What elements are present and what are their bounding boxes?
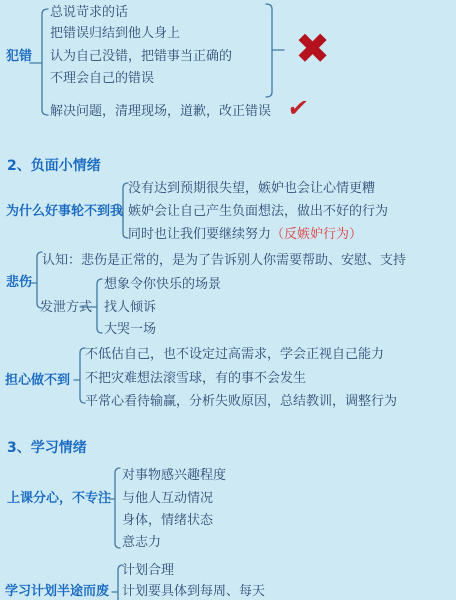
worry-item: 平常心看待输赢，分析失败原因，总结教训，调整行为 xyxy=(85,394,397,410)
mistake-wrong-item: 把错误归结到他人身上 xyxy=(50,26,180,42)
mistake-wrong-item: 不理会自己的错误 xyxy=(50,71,154,87)
vent-item: 想象令你快乐的场景 xyxy=(104,277,221,293)
worry-item: 不把灾难想法滚雪球，有的事不会发生 xyxy=(85,371,306,387)
node-sadness-label: 悲伤 xyxy=(6,275,32,291)
plan-item: 计划合理 xyxy=(122,563,174,579)
vent-item: 找人倾诉 xyxy=(104,300,156,316)
node-mistake-label: 犯错 xyxy=(6,49,32,65)
check-icon: ✔ xyxy=(286,96,309,120)
distract-item: 对事物感兴趣程度 xyxy=(122,468,226,484)
vent-item: 大哭一场 xyxy=(104,322,156,338)
distract-item: 意志力 xyxy=(122,535,161,551)
node-distract-label: 上课分心，不专注 xyxy=(7,491,111,507)
node-worry-label: 担心做不到 xyxy=(5,373,70,389)
worry-item: 不低估自己，也不设定过高需求，学会正视自己能力 xyxy=(85,347,384,363)
brace-worry xyxy=(74,348,85,403)
brace-distract xyxy=(109,468,120,548)
mistake-wrong-item: 总说苛求的话 xyxy=(50,5,128,21)
why-item: 没有达到预期很失望，嫉妒也会让心情更糟 xyxy=(128,181,375,197)
mistake-wrong-item: 认为自己没错，把错事当正确的 xyxy=(50,49,232,65)
brace-mistake xyxy=(30,9,48,115)
cross-icon: ✖ xyxy=(295,27,330,71)
distract-item: 与他人互动情况 xyxy=(122,491,213,507)
node-vent-label: 发泄方式 xyxy=(40,300,92,316)
distract-item: 身体，情绪状态 xyxy=(122,513,213,529)
plan-item: 计划要具体到每周、每天 xyxy=(122,584,265,600)
why-item: 同时也让我们要继续努力（反嫉妒行为） xyxy=(128,227,362,243)
section-heading-study: 3、学习情绪 xyxy=(7,440,87,457)
section-heading-negative: 2、负面小情绪 xyxy=(7,158,101,175)
node-why-label: 为什么好事轮不到我 xyxy=(6,204,123,220)
sadness-cognition: 认知：悲伤是正常的，是为了告诉别人你需要帮助、安慰、支持 xyxy=(42,253,406,269)
brace-wrong-group xyxy=(266,4,284,97)
node-plan-label: 学习计划半途而废 xyxy=(5,584,109,600)
why-item: 嫉妒会让自己产生负面想法，做出不好的行为 xyxy=(128,204,388,220)
mindmap-canvas: 犯错 总说苛求的话 把错误归结到他人身上 认为自己没错，把错事当正确的 不理会自… xyxy=(0,0,456,600)
mistake-right-item: 解决问题，清理现场，道歉，改正错误 xyxy=(50,104,271,120)
why-item-text: 同时也让我们要继续努力 xyxy=(128,227,271,242)
anti-jealousy-highlight: （反嫉妒行为） xyxy=(271,227,362,242)
